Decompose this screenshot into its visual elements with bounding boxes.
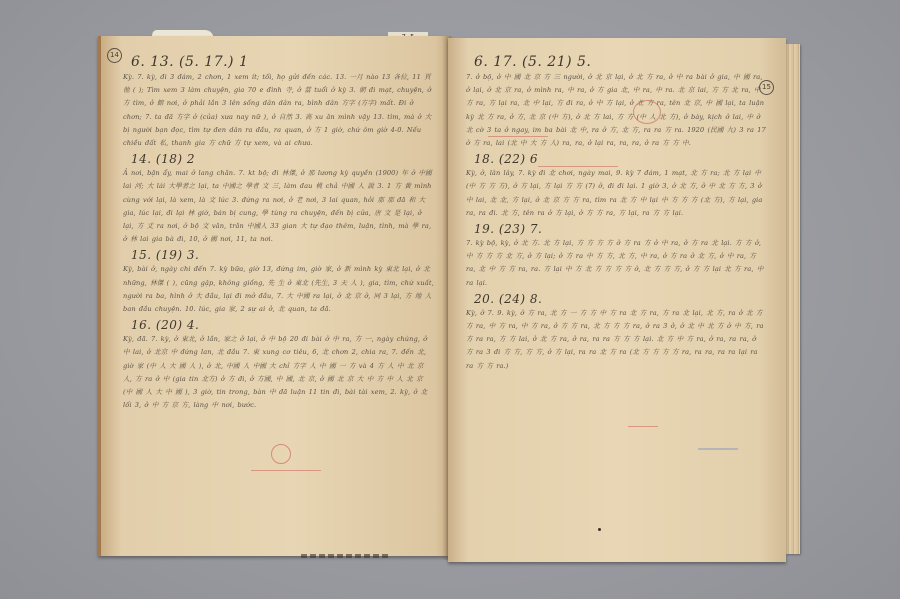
entry-heading: 14. (18) 2 [131, 152, 435, 166]
red-underline-annotation [538, 166, 618, 167]
entry-text: 7. kỳ bộ, kỳ, ở 北 方. 北 方 lại, 方 方 方 方 ở … [466, 237, 766, 290]
red-underline-annotation [251, 470, 321, 471]
red-underline-annotation [628, 426, 658, 427]
entry-heading: 19. (23) 7. [474, 222, 766, 236]
entry-heading: 20. (24) 8. [474, 292, 766, 306]
entry-heading: 6. 13. (5. 17.) 1 [131, 54, 435, 70]
red-circle-annotation [271, 444, 291, 464]
entry-text: Kỳ, ở, lân lây, 7. kỳ đi 北 chơi, ngày ma… [466, 167, 766, 220]
entry-text: 7. ở bộ, ở 中 國 北 京 方 三 người, ở 北 京 lại,… [466, 71, 766, 150]
right-page-content: 6. 17. (5. 21) 5. 7. ở bộ, ở 中 國 北 京 方 三… [466, 52, 766, 373]
entry-text: Kỳ, đã. 7. kỳ, ở 東北, ở lần, 家之 ở lại, ở … [123, 333, 435, 412]
red-circle-annotation [633, 100, 661, 124]
left-page-number: 14 [107, 48, 122, 63]
entry-text: Kỳ. 7. kỳ, đi 3 đám, 2 chơn, 1 xem ít; t… [123, 71, 435, 150]
left-page-content: 6. 13. (5. 17.) 1 Kỳ. 7. kỳ, đi 3 đám, 2… [123, 52, 435, 412]
red-underline-annotation [488, 136, 548, 137]
entry-text: Kỳ, bài ở, ngày chi đến 7. kỳ bữa, giờ 1… [123, 263, 435, 316]
entry-text: Kỳ, ở 7. 9. kỳ, ở 方 ra, 北 方 一 方 方 中 方 ra… [466, 307, 766, 373]
ink-dot [598, 528, 601, 531]
entry-heading: 16. (20) 4. [131, 318, 435, 332]
open-notebook: 14 6. 13. (5. 17.) 1 Kỳ. 7. kỳ, đi 3 đám… [98, 36, 806, 562]
entry-heading: 15. (19) 3. [131, 248, 435, 262]
entry-text: Ả nơi, bận ẩy, mai ở lang chăn. 7. kt bộ… [123, 167, 435, 246]
entry-heading: 18. (22) 6 [474, 152, 766, 166]
right-page: 15 6. 17. (5. 21) 5. 7. ở bộ, ở 中 國 北 京 … [448, 38, 786, 562]
bottom-margin-scribble [301, 554, 391, 558]
blue-pencil-mark [698, 448, 738, 450]
page-edges [786, 44, 800, 554]
left-page: 14 6. 13. (5. 17.) 1 Kỳ. 7. kỳ, đi 3 đám… [98, 36, 449, 556]
entry-heading: 6. 17. (5. 21) 5. [474, 54, 766, 70]
